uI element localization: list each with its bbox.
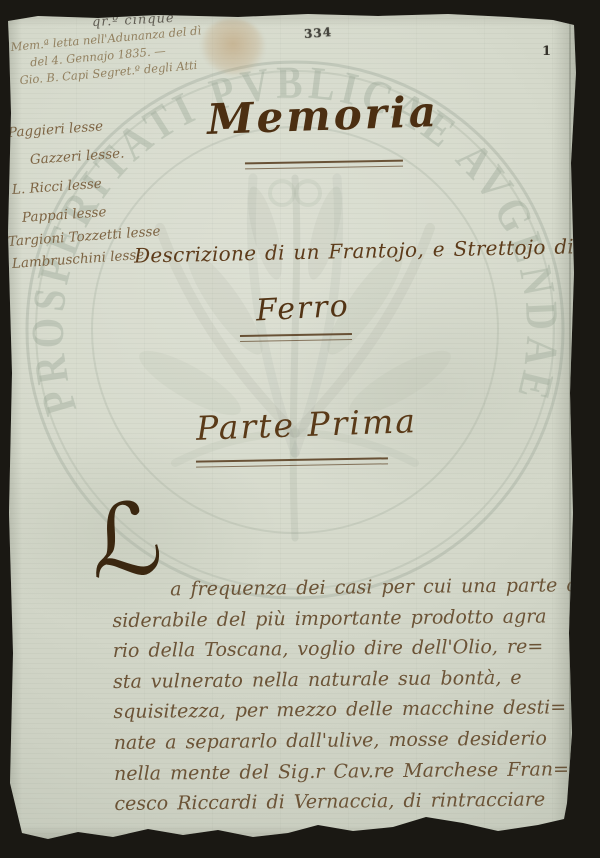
body-line: a frequenza dei casi per cui una parte c… [112, 570, 582, 606]
scanned-manuscript-background: PROSPERITATI PVBLICAE AVGENDAE [0, 0, 600, 858]
manuscript-paper: PROSPERITATI PVBLICAE AVGENDAE [8, 13, 578, 845]
body-text: a frequenza dei casi per cui una parte c… [112, 570, 585, 820]
body-line: siderabile del più importante prodotto a… [112, 601, 582, 637]
section-heading: Parte Prima [195, 401, 417, 448]
watermark-emblem [132, 178, 458, 538]
body-line: cesco Riccardi di Vernaccia, di rintracc… [114, 784, 584, 820]
subject-title: Ferro [255, 289, 350, 329]
body-line: nate a separarlo dall'ulive, mosse desid… [114, 723, 584, 759]
body-line: sta vulnerato nella naturale sua bontà, … [113, 662, 583, 698]
body-line: nella mente del Sig.r Cav.re Marchese Fr… [114, 754, 584, 790]
page-number: 1 [542, 44, 551, 59]
body-line: squisitezza, per mezzo delle macchine de… [113, 692, 583, 728]
archive-stamp-number: 334 [304, 25, 333, 41]
body-line: rio della Toscana, voglio dire dell'Olio… [113, 631, 583, 667]
